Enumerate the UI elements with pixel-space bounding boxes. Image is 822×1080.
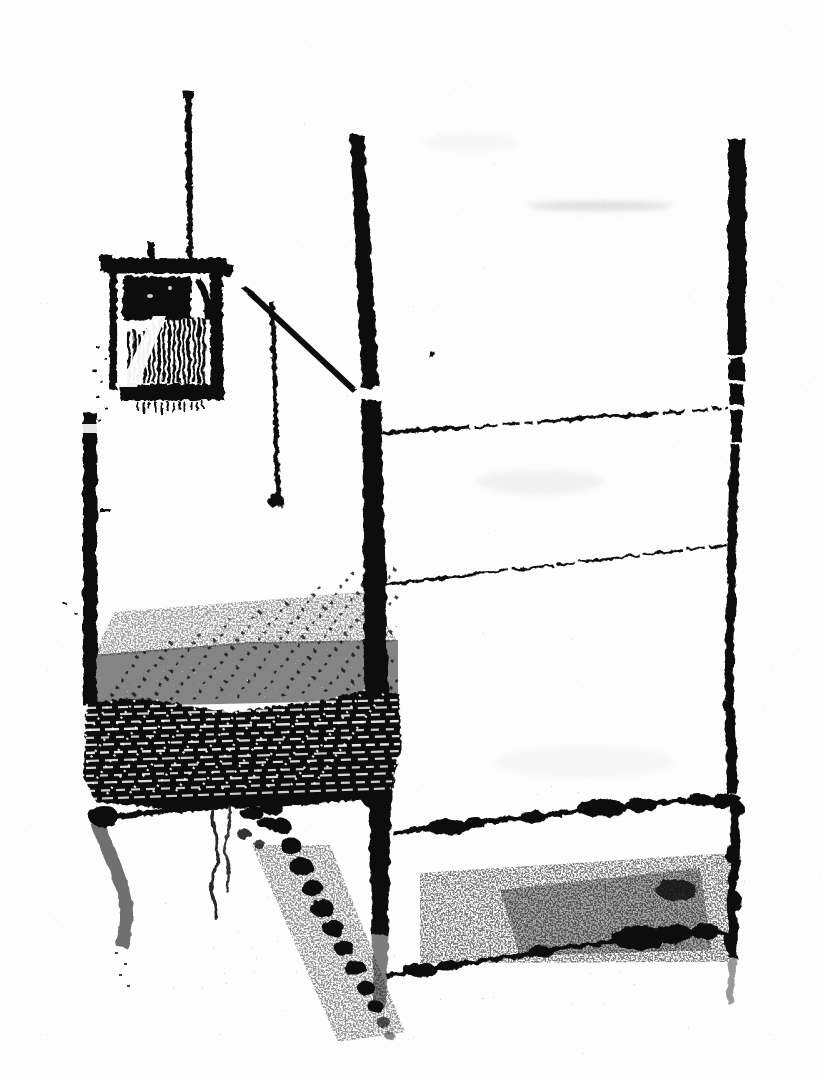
stray-speck xyxy=(99,380,102,382)
water-dust xyxy=(420,952,700,1008)
ripple-blob xyxy=(624,798,658,812)
railing-support-foot xyxy=(267,493,283,507)
post-shadow-streak xyxy=(310,899,334,917)
ripple-blob xyxy=(711,793,733,809)
ripple-blob xyxy=(656,879,696,901)
ripple-blob xyxy=(685,794,715,806)
stray-speck xyxy=(91,368,95,371)
chain-shadow-blob xyxy=(237,829,251,839)
ripple-blob xyxy=(426,819,470,835)
drip-speck xyxy=(119,974,122,976)
stray-speck xyxy=(62,601,65,603)
stray-speck xyxy=(98,507,109,511)
water-sheen-2 xyxy=(495,746,675,778)
post-shadow-streak xyxy=(260,797,284,815)
photo xyxy=(0,0,822,1080)
post-shadow-streak xyxy=(357,981,375,995)
right-post-joint xyxy=(731,410,742,442)
drip-speck xyxy=(124,963,127,965)
right-post-reflection-blob xyxy=(725,845,737,863)
distant-wire-smudge xyxy=(528,201,672,211)
ripple-blob xyxy=(403,963,437,977)
mast-top-cap xyxy=(181,89,192,97)
ripple-blob xyxy=(690,923,720,939)
post-shadow-streak xyxy=(289,857,313,875)
ripple-blob xyxy=(653,924,693,944)
post-shadow-streak xyxy=(322,920,344,936)
frame-top-bar xyxy=(103,257,225,272)
stray-speck xyxy=(74,612,77,614)
drip-speck xyxy=(115,952,118,954)
right-post-waterline xyxy=(729,700,732,795)
right-post-reflection-fade xyxy=(731,957,733,1003)
post-shadow-streak xyxy=(376,1017,390,1027)
wire-speck xyxy=(429,350,433,357)
post-shadow-streak xyxy=(385,1032,395,1040)
stray-speck xyxy=(94,394,98,396)
stray-speck xyxy=(103,406,106,408)
post-shadow-streak xyxy=(334,940,354,956)
post-shadow-streak xyxy=(344,960,366,976)
left-post-notch xyxy=(82,424,98,433)
panel-pinhole xyxy=(168,286,172,290)
post-shadow-streak xyxy=(367,1000,383,1012)
right-post-upper xyxy=(728,139,746,355)
ripple-blob xyxy=(436,961,458,971)
frame-left-cap xyxy=(99,253,111,270)
window-left-light xyxy=(117,322,127,382)
ripple-blob xyxy=(518,811,548,823)
right-post-joint xyxy=(729,358,744,380)
water-sheen xyxy=(476,470,604,494)
post-shadow-streak xyxy=(271,818,291,834)
ripple-blob xyxy=(463,817,489,829)
center-post-reflection xyxy=(369,800,391,935)
chain-shadow-blob xyxy=(253,840,265,848)
right-post-reflection-blob xyxy=(730,892,742,912)
frame-left-post xyxy=(108,270,116,388)
ripple-blob xyxy=(527,946,553,958)
stray-speck xyxy=(96,418,100,420)
right-post-joint xyxy=(730,384,743,405)
frame-right-post xyxy=(209,270,222,388)
stray-speck xyxy=(102,356,105,358)
sky-smudge xyxy=(422,133,518,151)
panel-pinhole xyxy=(147,294,153,298)
window-dark-panel xyxy=(122,275,190,319)
photo-canvas xyxy=(0,0,822,1080)
center-post-reflection-fade xyxy=(372,935,388,1008)
post-shadow-streak xyxy=(280,838,302,854)
post-shadow-streak xyxy=(301,880,323,896)
right-post-reflection-blob xyxy=(732,801,744,819)
ripple-blob xyxy=(577,799,627,817)
drip-speck xyxy=(127,985,130,987)
stray-speck xyxy=(95,345,99,347)
frame-top-stub xyxy=(147,241,153,269)
